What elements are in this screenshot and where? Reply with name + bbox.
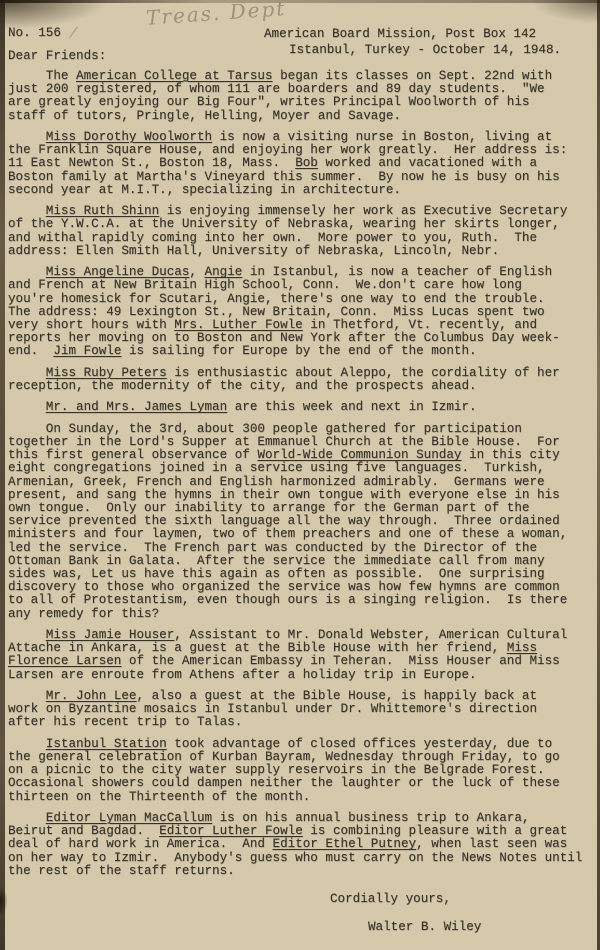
date-line: Istanbul, Turkey - October 14, 1948. (289, 42, 561, 58)
document-number: No. 156 (8, 26, 61, 40)
underlined-text: Bob (295, 156, 318, 170)
body-text (8, 265, 46, 279)
underlined-text: World-Wide Communion Sunday (257, 448, 461, 462)
underlined-text: American College at Tarsus (76, 69, 273, 83)
underlined-text: Miss Ruth Shinn (46, 204, 159, 218)
letter-paragraph: Miss Jamie Houser, Assistant to Mr. Dona… (8, 629, 598, 682)
underlined-text: Mrs. Luther Fowle (174, 318, 302, 332)
paper-edge-left (0, 0, 5, 950)
body-text (8, 130, 46, 144)
underlined-text: Editor Lyman MacCallum (46, 811, 212, 825)
underlined-text: Mr. and Mrs. James Lyman (46, 400, 227, 414)
body-text: is sailing for Europe by the end of the … (121, 344, 476, 358)
letter-body: The American College at Tarsus began its… (8, 70, 598, 934)
underlined-text: Editor Luther Fowle (159, 824, 303, 838)
salutation: Dear Friends: (8, 49, 106, 63)
document-page: Treas. Dept / No. 156 American Board Mis… (0, 0, 600, 950)
underlined-text: Miss Angeline Ducas (46, 265, 190, 279)
body-text (8, 366, 46, 380)
underlined-text: Miss Ruby Peters (46, 366, 167, 380)
letter-paragraph: Miss Angeline Ducas, Angie in Istanbul, … (8, 266, 598, 358)
body-text (8, 204, 46, 218)
body-text (8, 737, 46, 751)
letter-paragraph: Miss Ruby Peters is enthusiastic about A… (8, 367, 598, 393)
underlined-text: Miss Dorothy Woolworth (46, 130, 212, 144)
letter-paragraph: Miss Dorothy Woolworth is now a visiting… (8, 131, 598, 197)
signature-name: Walter B. Wiley (368, 921, 598, 934)
letter-paragraph: Miss Ruth Shinn is enjoying immensely he… (8, 205, 598, 258)
body-text: are this week and next in Izmir. (227, 400, 476, 414)
body-text (8, 628, 46, 642)
closing-block: Cordially yours, Walter B. Wiley (8, 893, 598, 934)
body-text (8, 400, 46, 414)
letter-paragraph: Mr. John Lee, also a guest at the Bible … (8, 690, 598, 730)
letter-paragraph: On Sunday, the 3rd, about 300 people gat… (8, 423, 598, 621)
letter-paragraph: Mr. and Mrs. James Lyman are this week a… (8, 401, 598, 414)
sender-address-line: American Board Mission, Post Box 142 (264, 26, 561, 42)
letter-paragraph: The American College at Tarsus began its… (8, 70, 598, 123)
pencil-slash-mark: / (70, 23, 78, 42)
body-text (8, 811, 46, 825)
body-text: , (189, 265, 204, 279)
underlined-text: Istanbul Station (46, 737, 167, 751)
underlined-text: Angie (205, 265, 243, 279)
letter-paragraph: Istanbul Station took advantage of close… (8, 738, 598, 804)
body-text: in this city eight congregations joined … (8, 448, 567, 620)
closing-line: Cordially yours, (330, 893, 598, 906)
underlined-text: Mr. John Lee (46, 689, 137, 703)
paper-edge-top (0, 0, 600, 3)
sender-address-block: American Board Mission, Post Box 142 Ist… (264, 26, 561, 58)
paper-edge-nick (0, 888, 7, 914)
underlined-text: Jim Fowle (53, 344, 121, 358)
body-text: The (8, 69, 76, 83)
underlined-text: Florence Larsen (8, 654, 121, 668)
paper-corner-shadow-top-right (530, 0, 600, 24)
letter-paragraph: Editor Lyman MacCallum is on his annual … (8, 812, 598, 878)
underlined-text: Miss Jamie Houser (46, 628, 174, 642)
body-text (8, 689, 46, 703)
underlined-text: Editor Ethel Putney (273, 837, 417, 851)
underlined-text: Miss (507, 641, 537, 655)
